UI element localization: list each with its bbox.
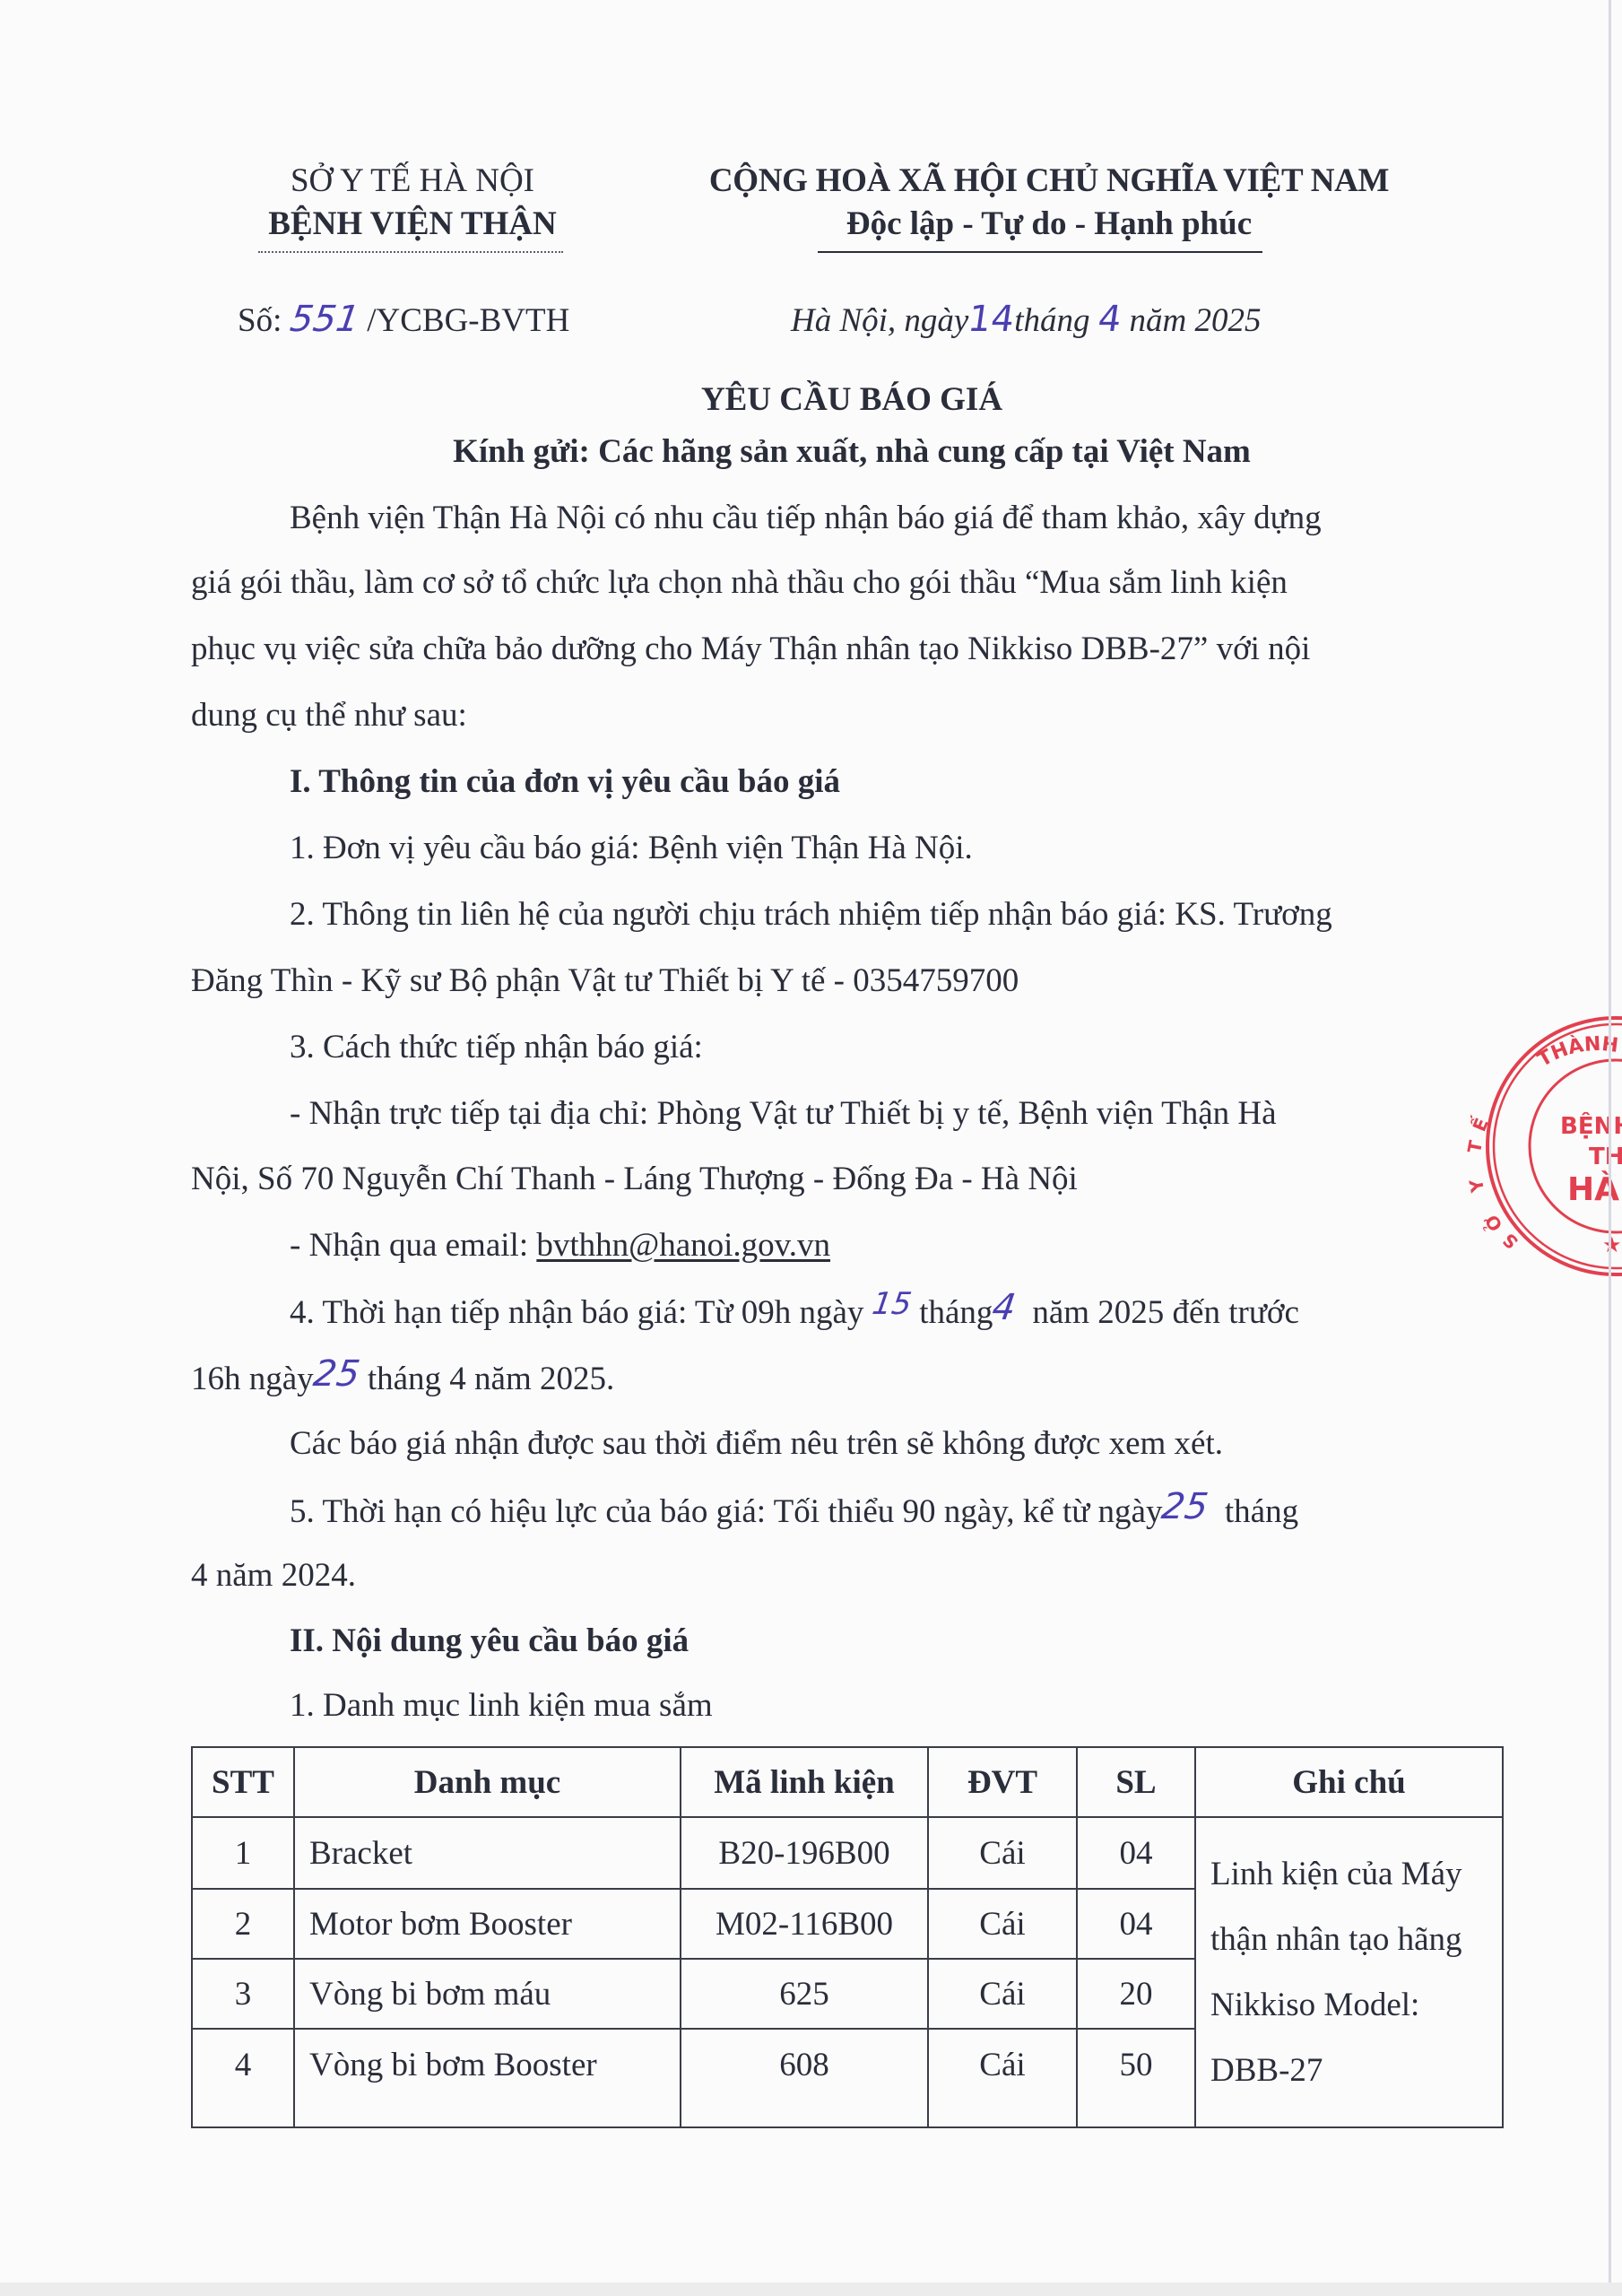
stamp-seal-icon: THÀNH SỞ Y TẾ BỆNH V THẬ HÀ N ★	[1463, 1012, 1622, 1281]
section-1-item-5-line-1: 5. Thời hạn có hiệu lực của báo giá: Tối…	[290, 1491, 1298, 1532]
cell-note: Linh kiện của Máy thận nhân tạo hãng Nik…	[1195, 1817, 1503, 2127]
doc-number-suffix: /YCBG-BVTH	[367, 302, 569, 339]
section-1-item-5-line-2: 4 năm 2024.	[191, 1556, 356, 1596]
national-motto: Độc lập - Tự do - Hạnh phúc	[681, 204, 1417, 244]
issue-date: Hà Nội, ngày14tháng 4 năm 2025	[791, 300, 1261, 341]
section-2-heading: II. Nội dung yêu cầu báo giá	[290, 1622, 689, 1661]
cell-unit: Cái	[928, 1889, 1077, 1959]
cell-stt: 2	[192, 1889, 294, 1959]
document-number: Số: 551 /YCBG-BVTH	[238, 300, 569, 341]
stamp-inner-line-3: HÀ N	[1567, 1170, 1622, 1208]
col-header-code: Mã linh kiện	[681, 1747, 928, 1817]
item4-text-e: tháng 4 năm 2025.	[368, 1361, 614, 1397]
nation-title: CỘNG HOÀ XÃ HỘI CHỦ NGHĨA VIỆT NAM	[681, 161, 1417, 201]
parts-table: STT Danh mục Mã linh kiện ĐVT SL Ghi chú…	[191, 1746, 1504, 2128]
direct-delivery-line-2: Nội, Số 70 Nguyễn Chí Thanh - Láng Thượn…	[191, 1160, 1078, 1199]
cell-qty: 04	[1077, 1817, 1195, 1889]
email-delivery-line: - Nhận qua email: bvthhn@hanoi.gov.vn	[290, 1226, 830, 1265]
cell-name: Bracket	[294, 1817, 681, 1889]
cell-qty: 50	[1077, 2029, 1195, 2127]
cell-unit: Cái	[928, 2029, 1077, 2127]
item5-text-a: 5. Thời hạn có hiệu lực của báo giá: Tối…	[290, 1493, 1162, 1530]
item5-text-b: tháng	[1225, 1493, 1298, 1530]
date-prefix: Hà Nội, ngày	[791, 302, 968, 339]
agency-name: SỞ Y TẾ HÀ NỘI	[224, 161, 601, 201]
recipient-line: Kính gửi: Các hãng sản xuất, nhà cung cấ…	[224, 432, 1479, 472]
section-1-item-4-line-1: 4. Thời hạn tiếp nhận báo giá: Từ 09h ng…	[290, 1291, 1299, 1333]
cell-name: Vòng bi bơm máu	[294, 1959, 681, 2029]
document-title: YÊU CẦU BÁO GIÁ	[224, 380, 1479, 420]
cell-name: Motor bơm Booster	[294, 1889, 681, 1959]
email-label: - Nhận qua email:	[290, 1227, 528, 1264]
col-header-qty: SL	[1077, 1747, 1195, 1817]
col-header-name: Danh mục	[294, 1747, 681, 1817]
item4-text-a: 4. Thời hạn tiếp nhận báo giá: Từ 09h ng…	[290, 1294, 863, 1331]
date-month-label: tháng	[1014, 302, 1089, 339]
section-1-item-4-line-2: 16h ngày25 tháng 4 năm 2025.	[191, 1358, 614, 1399]
cell-qty: 04	[1077, 1889, 1195, 1959]
cell-stt: 4	[192, 2029, 294, 2127]
section-1-item-2-line-2: Đăng Thìn - Kỹ sư Bộ phận Vật tư Thiết b…	[191, 961, 1019, 1001]
col-header-unit: ĐVT	[928, 1747, 1077, 1817]
col-header-note: Ghi chú	[1195, 1747, 1503, 1817]
cell-code: M02-116B00	[681, 1889, 928, 1959]
intro-line-3: phục vụ việc sửa chữa bảo dưỡng cho Máy …	[191, 630, 1310, 669]
intro-line-4: dung cụ thể như sau:	[191, 696, 467, 735]
section-1-item-1: 1. Đơn vị yêu cầu báo giá: Bệnh viện Thậ…	[290, 829, 973, 868]
doc-number-prefix: Số:	[238, 302, 282, 339]
table-header-row: STT Danh mục Mã linh kiện ĐVT SL Ghi chú	[192, 1747, 1503, 1817]
item4-month-from-handwritten: 4	[990, 1288, 1019, 1327]
cell-name: Vòng bi bơm Booster	[294, 2029, 681, 2127]
stamp-inner-line-1: BỆNH V	[1560, 1111, 1622, 1140]
stamp-star-icon: ★	[1602, 1232, 1622, 1257]
section-1-heading: I. Thông tin của đơn vị yêu cầu báo giá	[290, 762, 840, 802]
stamp-inner-line-2: THẬ	[1589, 1142, 1622, 1170]
date-month-handwritten: 4	[1096, 300, 1124, 339]
email-link[interactable]: bvthhn@hanoi.gov.vn	[536, 1227, 830, 1264]
late-submission-note: Các báo giá nhận được sau thời điểm nêu …	[290, 1424, 1223, 1464]
table-row: 1 Bracket B20-196B00 Cái 04 Linh kiện củ…	[192, 1817, 1503, 1889]
cell-unit: Cái	[928, 1959, 1077, 2029]
date-year: năm 2025	[1130, 302, 1262, 339]
col-header-stt: STT	[192, 1747, 294, 1817]
scan-bottom-strip	[0, 2283, 1622, 2296]
intro-line-1: Bệnh viện Thận Hà Nội có nhu cầu tiếp nh…	[290, 499, 1322, 538]
doc-number-handwritten: 551	[288, 300, 362, 339]
cell-stt: 1	[192, 1817, 294, 1889]
cell-code: 625	[681, 1959, 928, 2029]
organization-name: BỆNH VIỆN THẬN	[224, 204, 601, 244]
direct-delivery-line-1: - Nhận trực tiếp tại địa chỉ: Phòng Vật …	[290, 1094, 1277, 1134]
item4-text-b: tháng	[919, 1294, 993, 1331]
scan-edge-line	[1609, 0, 1611, 2296]
date-day-handwritten: 14	[966, 300, 1017, 339]
intro-line-2: giá gói thầu, làm cơ sở tổ chức lựa chọn…	[191, 563, 1288, 603]
cell-qty: 20	[1077, 1959, 1195, 2029]
cell-code: 608	[681, 2029, 928, 2127]
cell-unit: Cái	[928, 1817, 1077, 1889]
item4-day-from-handwritten: 15	[870, 1284, 914, 1324]
item4-text-c: năm 2025 đến trước	[1032, 1294, 1299, 1331]
cell-stt: 3	[192, 1959, 294, 2029]
section-2-subheading: 1. Danh mục linh kiện mua sắm	[290, 1686, 713, 1726]
item4-day-to-handwritten: 25	[311, 1354, 362, 1394]
section-1-item-3: 3. Cách thức tiếp nhận báo giá:	[290, 1028, 703, 1067]
item5-day-handwritten: 25	[1159, 1487, 1210, 1526]
section-1-item-2-line-1: 2. Thông tin liên hệ của người chịu trác…	[290, 895, 1332, 935]
official-stamp: THÀNH SỞ Y TẾ BỆNH V THẬ HÀ N ★	[1463, 1012, 1622, 1281]
organization-underline	[258, 251, 563, 253]
cell-code: B20-196B00	[681, 1817, 928, 1889]
item4-text-d: 16h ngày	[191, 1361, 314, 1397]
motto-underline	[818, 251, 1262, 253]
